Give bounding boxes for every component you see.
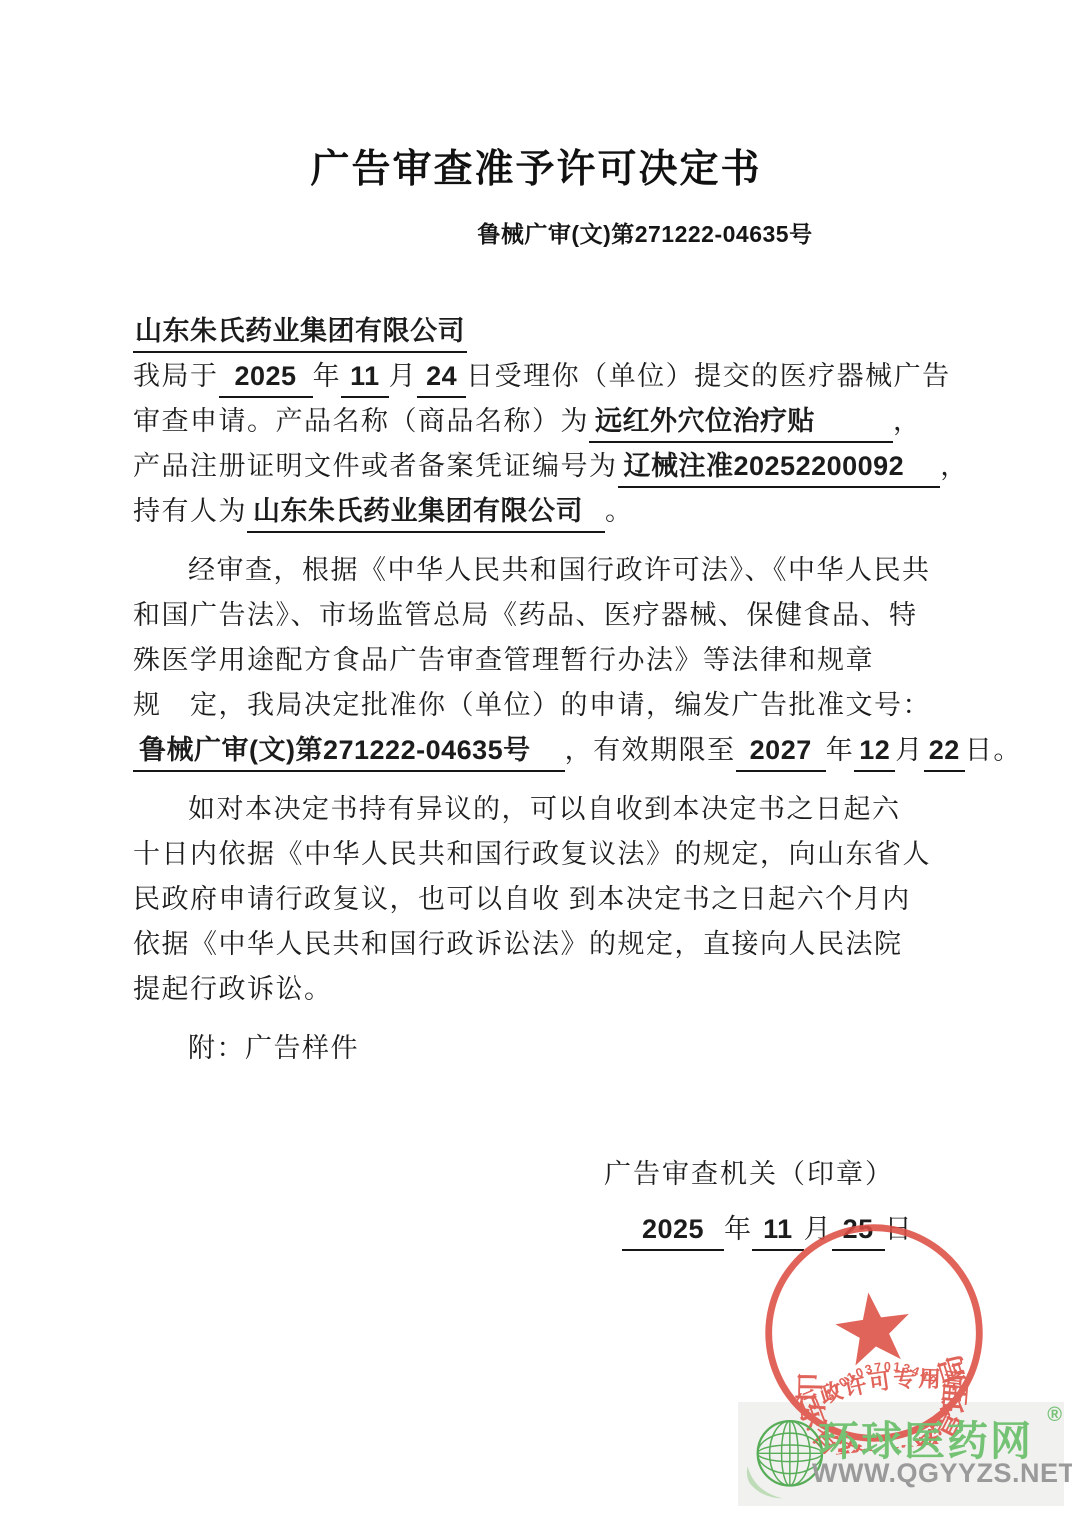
text-segment: 民政府申请行政复议，也可以自收 到本决定书之日起六个月内 (133, 884, 911, 914)
fill-value: 鲁械广审(文)第271222-04635号 (133, 730, 565, 772)
fill-value: 2025 (622, 1209, 724, 1251)
paragraph: 经审查，根据《中华人民共和国行政许可法》、《中华人民共和国广告法》、市场监管总局… (133, 548, 945, 773)
body-line: 和国广告法》、市场监管总局《药品、医疗器械、保健食品、特 (133, 593, 945, 638)
text-segment: 年 (826, 735, 855, 765)
text-segment: 日受理你（单位）提交的医疗器械广告 (466, 361, 951, 391)
text-segment: 年 (313, 361, 342, 391)
text-segment: 审查申请。产品名称（商品名称）为 (133, 406, 589, 436)
text-segment: 规 定，我局决定批准你（单位）的申请，编发广告批准文号： (133, 690, 931, 720)
paragraph: 附：广告样件 (133, 1026, 945, 1071)
body-line: 鲁械广审(文)第271222-04635号，有效期限至2027年12月22日。 (133, 728, 945, 773)
text-segment: 提起行政诉讼。 (133, 974, 333, 1004)
fill-value: 12 (854, 730, 895, 772)
text-segment: 月 (895, 735, 924, 765)
text-segment: 日。 (965, 735, 1022, 765)
fill-value: 辽械注准20252200092 (618, 446, 941, 488)
seal-star-icon (832, 1287, 915, 1367)
body-line: 持有人为山东朱氏药业集团有限公司。 (133, 489, 945, 534)
text-segment: 月 (389, 361, 418, 391)
text-segment: 如对本决定书持有异议的，可以自收到本决定书之日起六 (188, 794, 901, 824)
body-line: 十日内依据《中华人民共和国行政复议法》的规定，向山东省人 (133, 832, 945, 877)
body-line: 依据《中华人民共和国行政诉讼法》的规定，直接向人民法院 (133, 922, 945, 967)
registered-trademark-icon: ® (1047, 1404, 1062, 1427)
watermark-url: WWW.QGYYZS.NET (812, 1458, 1052, 1489)
body-line: 审查申请。产品名称（商品名称）为远红外穴位治疗贴， (133, 399, 945, 444)
text-segment: 殊医学用途配方食品广告审查管理暂行办法》等法律和规章 (133, 645, 874, 675)
text-segment: ， (940, 451, 969, 481)
body-line: 提起行政诉讼。 (133, 967, 945, 1012)
fill-value: 2025 (219, 356, 313, 398)
fill-value: 山东朱氏药业集团有限公司 (133, 311, 467, 353)
text-segment: 附：广告样件 (188, 1033, 359, 1063)
text-segment: 依据《中华人民共和国行政诉讼法》的规定，直接向人民法院 (133, 929, 903, 959)
fill-value: 11 (341, 356, 389, 398)
doc-number: 鲁械广审(文)第271222-04635号 (0, 216, 1072, 249)
document-title: 广告审查准予许可决定书 (0, 0, 1072, 194)
body-line: 民政府申请行政复议，也可以自收 到本决定书之日起六个月内 (133, 877, 945, 922)
text-segment: 。 (605, 496, 634, 526)
document-body: 山东朱氏药业集团有限公司我局于2025年11月24日受理你（单位）提交的医疗器械… (133, 309, 945, 1071)
text-segment: 经审查，根据《中华人民共和国行政许可法》、《中华人民共 (188, 555, 931, 585)
text-segment: 十日内依据《中华人民共和国行政复议法》的规定，向山东省人 (133, 839, 931, 869)
watermark-logo: 环球医药网 ® WWW.QGYYZS.NET (738, 1402, 1064, 1506)
fill-value: 山东朱氏药业集团有限公司 (247, 491, 605, 533)
body-line: 如对本决定书持有异议的，可以自收到本决定书之日起六 (133, 787, 945, 832)
body-line: 产品注册证明文件或者备案凭证编号为辽械注准20252200092， (133, 444, 945, 489)
text-segment: ， (893, 406, 922, 436)
paragraph: 如对本决定书持有异议的，可以自收到本决定书之日起六十日内依据《中华人民共和国行政… (133, 787, 945, 1012)
document-page: 广告审查准予许可决定书 鲁械广审(文)第271222-04635号 山东朱氏药业… (0, 0, 1072, 1516)
fill-value: 24 (417, 356, 466, 398)
text-segment: 和国广告法》、市场监管总局《药品、医疗器械、保健食品、特 (133, 600, 918, 630)
text-segment: ，有效期限至 (565, 735, 736, 765)
fill-value: 2027 (736, 730, 826, 772)
body-line: 殊医学用途配方食品广告审查管理暂行办法》等法律和规章 (133, 638, 945, 683)
body-line: 经审查，根据《中华人民共和国行政许可法》、《中华人民共 (133, 548, 945, 593)
body-line: 山东朱氏药业集团有限公司 (133, 309, 945, 354)
fill-value: 远红外穴位治疗贴 (589, 401, 893, 443)
text-segment: 我局于 (133, 361, 219, 391)
body-line: 我局于2025年11月24日受理你（单位）提交的医疗器械广告 (133, 354, 945, 399)
paragraph: 山东朱氏药业集团有限公司我局于2025年11月24日受理你（单位）提交的医疗器械… (133, 309, 945, 534)
fill-value: 22 (924, 730, 965, 772)
text-segment: 产品注册证明文件或者备案凭证编号为 (133, 451, 618, 481)
text-segment: 持有人为 (133, 496, 247, 526)
sign-org-label: 广告审查机关（印章） (0, 1152, 1072, 1191)
body-line: 附：广告样件 (133, 1026, 945, 1071)
body-line: 规 定，我局决定批准你（单位）的申请，编发广告批准文号： (133, 683, 945, 728)
